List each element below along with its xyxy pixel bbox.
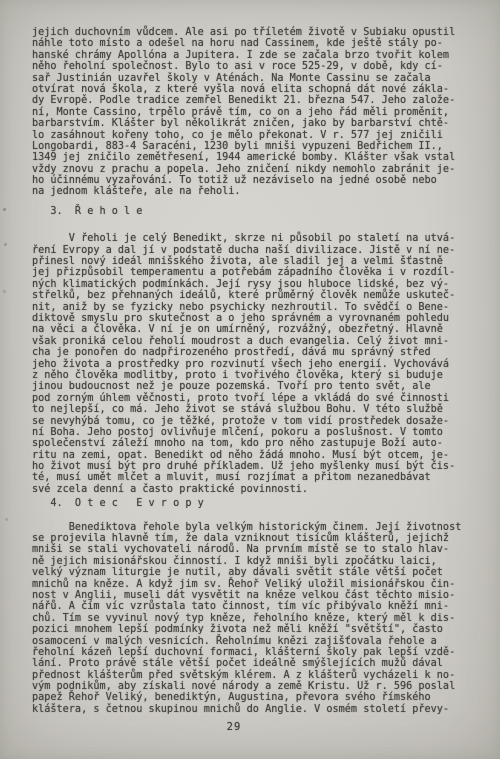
text-line: však proniká celou řeholí moudrost a duc…: [32, 336, 461, 347]
text-line: velký význam liturgie je nutil, aby dáva…: [32, 567, 461, 578]
text-line: se nevyhýbá tomu, co je těžké, protože v…: [32, 416, 461, 427]
text-line: nost v Anglii, museli dát vysvětit na kn…: [32, 590, 461, 601]
text-line: mniši se stali vychovateli národů. Na pr…: [32, 544, 461, 555]
scan-speckles: [3, 208, 6, 211]
text-line: jej přizpůsobil temperamentu a potřebám …: [32, 267, 461, 278]
heading-line: 3. Ř e h o l e: [32, 206, 461, 217]
text-line: ných klimatických podmínkách. Její rysy …: [32, 279, 461, 290]
text-line: jejich duchovním vůdcem. Ale asi po tříl…: [32, 27, 461, 38]
text-line: kláštera, s četnou skupinou mnichů do An…: [32, 704, 461, 715]
text-line: 1349 jej zničilo zemětřesení, 1944 ameri…: [32, 152, 461, 163]
text-line: Benediktova řehole byla velkým historick…: [32, 522, 461, 533]
section-3-heading: 3. Ř e h o l e: [32, 206, 461, 217]
text-line: přednost klášterům před světským klérem.…: [32, 670, 461, 681]
section-4-heading: 4. O t e c E v r o p y: [32, 498, 461, 509]
text-line: jinou budoucnost než je pouze pozemská. …: [32, 381, 461, 392]
text-line: V řeholi je celý Benedikt, skrze ni půso…: [32, 233, 461, 244]
text-line: jeho života a prostředky pro rozvinutí v…: [32, 359, 461, 370]
text-line: společenství záleží mnoho na tom, kdo pr…: [32, 438, 461, 449]
text-line: ritu na zemi, opat. Benedikt od něho žád…: [32, 450, 461, 461]
text-line: vždy znovu z prachu a popela. Jeho zniče…: [32, 164, 461, 175]
text-line: na jednom klášteře, ale na řeholi.: [32, 186, 461, 197]
text-line: řeholní kázeň lepší duchovní formaci, kl…: [32, 647, 461, 658]
text-line: ní, Monte Cassino, trpělo právě tím, co …: [32, 107, 461, 118]
text-line: dy Evropě. Podle tradice zemřel Benedikt…: [32, 95, 461, 106]
text-line: ní Boha. Jeho postoj ovlivňuje mlčení, p…: [32, 427, 461, 438]
text-line: na věci a člověka. V ní je on umírněný, …: [32, 324, 461, 335]
text-line: papež Řehoř Veliký, benediktýn, Augustin…: [32, 692, 461, 703]
text-line: ho život musí být pro druhé příkladem. U…: [32, 461, 461, 472]
text-line: ně jejich misionářskou činností. I když …: [32, 556, 461, 567]
text-line: sař Justinián uzavřel školy v Aténách. N…: [32, 73, 461, 84]
text-line: přinesl nový ideál mnišského života, ale…: [32, 256, 461, 267]
text-line: z něho člověka modlitby, proto i tvořivé…: [32, 370, 461, 381]
text-line: střelků, bez přehnaných ideálů, které pr…: [32, 290, 461, 301]
text-line: barbarstvím. Klášter byl několikrát znič…: [32, 118, 461, 129]
heading-line: 4. O t e c E v r o p y: [32, 498, 461, 509]
paragraph-continuation: jejich duchovním vůdcem. Ale asi po tříl…: [32, 27, 461, 198]
text-line: nářů. A čím víc vzrůstala tato činnost, …: [32, 601, 461, 612]
text-line: osamocení v malých vesnicích. Řeholnímu …: [32, 636, 461, 647]
text-line: to nejlepší, co má. Jeho život se stává …: [32, 404, 461, 415]
text-line: své zcela denní a často praktické povinn…: [32, 484, 461, 495]
text-line: lání. Proto právě stále větší počet ideá…: [32, 658, 461, 669]
section-3-paragraph: V řeholi je celý Benedikt, skrze ni půso…: [32, 233, 461, 495]
text-line: hanské chrámy Apollóna a Jupitera. I zde…: [32, 50, 461, 61]
text-line: ho účinnému vyzařování. To totiž už nezá…: [32, 175, 461, 186]
text-line: mnichů na kněze. A když jim sv. Řehoř Ve…: [32, 579, 461, 590]
text-line: náhle toto místo a odešel na horu nad Ca…: [32, 38, 461, 49]
text-line: diktově smyslu pro skutečnost a o jeho s…: [32, 313, 461, 324]
text-line: cha je ponořen do nadpřirozeného prostře…: [32, 347, 461, 358]
text-line: nit, aniž by se fyzicky nebo psychicky n…: [32, 302, 461, 313]
page-number: 29: [0, 721, 468, 733]
text-line: otvírat nová škola, z které vyšla nová e…: [32, 84, 461, 95]
text-line: ření Evropy a dal jí v podstatě ducha na…: [32, 245, 461, 256]
text-line: chů. Tím se vyvinul nový typ kněze, řeho…: [32, 613, 461, 624]
section-4-paragraph: Benediktova řehole byla velkým historick…: [32, 522, 461, 716]
text-line: pozici mnohem lepší podmínky života než …: [32, 624, 461, 635]
text-line: té, musí umět mlčet a mluvit, musí rozjí…: [32, 472, 461, 483]
text-line: vým podnikům, aby získali nové národy a …: [32, 681, 461, 692]
text-line: se projevila hlavně tím, že dala vznikno…: [32, 533, 461, 544]
text-line: lo zasáhnout kořeny toho, co je mělo pře…: [32, 130, 461, 141]
text-line: něho řeholní společnost. Bylo to asi v r…: [32, 61, 461, 72]
text-line: pod zorným úhlem věčnosti, proto tvoří l…: [32, 393, 461, 404]
text-line: Longobardi, 883-4 Saracéni, 1230 byli mn…: [32, 141, 461, 152]
document-text: jejich duchovním vůdcem. Ale asi po tříl…: [32, 27, 461, 715]
